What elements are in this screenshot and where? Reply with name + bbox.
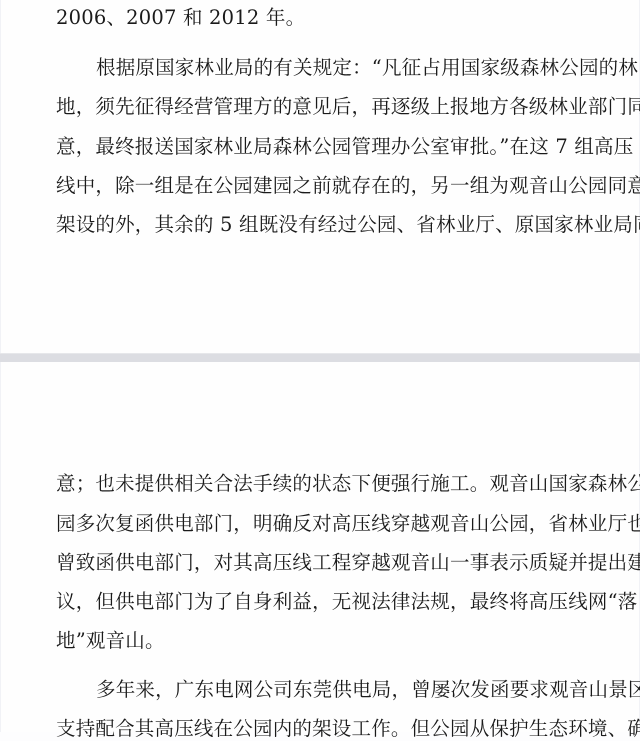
paragraph-start-line: 根据原国家林业局的有关规定：“凡征占用国家级森林公园的林 — [96, 56, 612, 80]
text-line: 地，须先征得经营管理方的意见后，再逐级上报地方各级林业部门同 — [56, 95, 612, 119]
text-line: 议，但供电部门为了自身利益，无视法律法规，最终将高压线网“落 — [56, 590, 612, 614]
text-line: 曾致函供电部门，对其高压线工程穿越观音山一事表示质疑并提出建 — [56, 551, 612, 575]
text-line: 线中，除一组是在公园建园之前就存在的，另一组为观音山公园同意 — [56, 174, 612, 198]
page-separator — [0, 353, 640, 362]
text-line: 支持配合其高压线在公园内的架设工作。但公园从保护生态环境、确 — [56, 717, 612, 732]
text-line: 2006、2007 和 2012 年。 — [56, 6, 612, 30]
text-line: 意，最终报送国家林业局森林公园管理办公室审批。”在这 7 组高压 — [56, 135, 612, 159]
document-page-1: 2006、2007 和 2012 年。 根据原国家林业局的有关规定：“凡征占用国… — [0, 0, 640, 353]
document-page-2: 意；也未提供相关合法手续的状态下便强行施工。观音山国家森林公 园多次复函供电部门… — [0, 362, 640, 732]
text-line: 园多次复函供电部门，明确反对高压线穿越观音山公园，省林业厅也 — [56, 512, 612, 536]
text-line: 架设的外，其余的 5 组既没有经过公园、省林业厅、原国家林业局同 — [56, 213, 612, 237]
text-line: 地”观音山。 — [56, 629, 612, 653]
text-line: 意；也未提供相关合法手续的状态下便强行施工。观音山国家森林公 — [56, 472, 612, 496]
paragraph-start-line: 多年来，广东电网公司东莞供电局，曾屡次发函要求观音山景区 — [96, 678, 612, 702]
